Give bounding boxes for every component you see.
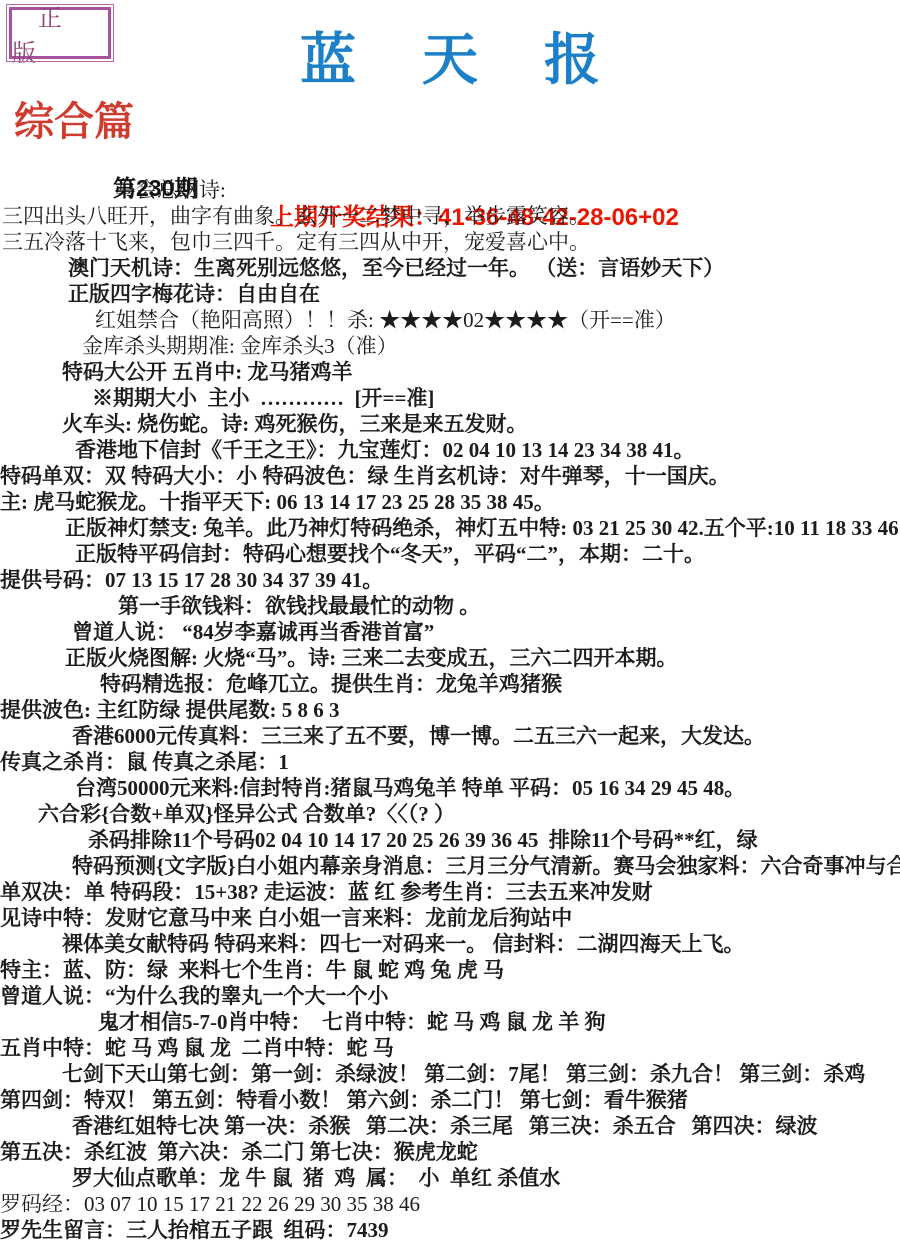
- text-line: 三五冷落十飞来，包巾三四千。定有三四从中开，宠爱喜心中。: [0, 229, 900, 255]
- text-line: 传真之杀肖：鼠 传真之杀尾：1: [0, 749, 900, 775]
- text-line: 见诗中特：发财它意马中来 白小姐一言来料：龙前龙后狗站中: [0, 905, 900, 931]
- text-line: 特码预测{文字版}白小姐内幕亲身消息：三月三分气清新。赛马会独家料：六合奇事冲与…: [0, 853, 900, 879]
- text-line: 七剑下天山第七剑：第一剑：杀绿波！ 第二剑：7尾！ 第三剑：杀九合！ 第三剑：杀…: [0, 1061, 900, 1087]
- text-line: 杀码排除11个号码02 04 10 14 17 20 25 26 39 36 4…: [0, 827, 900, 853]
- text-line: 提供波色: 主红防绿 提供尾数: 5 8 6 3: [0, 697, 900, 723]
- page-title: 蓝天报: [0, 16, 900, 96]
- text-line: 正版特平码信封：特码心想要找个“冬天”，平码“二”，本期：二十。: [0, 541, 900, 567]
- text-line: 五肖中特：蛇 马 鸡 鼠 龙 二肖中特：蛇 马: [0, 1035, 900, 1061]
- issue-row: 第230期 上期开奖结果：41-36-48-42-28-06+02: [0, 143, 900, 173]
- text-line: 正版火烧图解: 火烧“马”。诗: 三来二去变成五，三六二四开本期。: [0, 645, 900, 671]
- text-line: 台湾50000元来料:信封特肖:猪鼠马鸡兔羊 特单 平码：05 16 34 29…: [0, 775, 900, 801]
- text-line: 单双决：单 特码段：15+38? 走运波：蓝 红 参考生肖：三去五来冲发财: [0, 879, 900, 905]
- text-line: ※期期大小 主小 ………… [开==准]: [0, 385, 900, 411]
- text-line: 罗先生留言：三人抬棺五子跟 组码：7439: [0, 1217, 900, 1243]
- text-line: 马会总纲诗:: [0, 177, 900, 203]
- text-line: 香港地下信封《千王之王》：九宝莲灯：02 04 10 13 14 23 34 3…: [0, 437, 900, 463]
- text-line: 主: 虎马蛇猴龙。十指平天下: 06 13 14 17 23 25 28 35 …: [0, 489, 900, 515]
- text-line: 金库杀头期期准: 金库杀头3（准）: [0, 333, 900, 359]
- page: 正版 蓝天报 综合篇 第230期 上期开奖结果：41-36-48-42-28-0…: [0, 0, 900, 1243]
- text-line: 六合彩{合数+单双}怪异公式 合数单?〈〈（? ）: [0, 801, 900, 827]
- text-line: 曾道人说： “84岁李嘉诚再当香港首富”: [0, 619, 900, 645]
- text-line: 鬼才相信5-7-0肖中特： 七肖中特：蛇 马 鸡 鼠 龙 羊 狗: [0, 1009, 900, 1035]
- text-line: 特码大公开 五肖中: 龙马猪鸡羊: [0, 359, 900, 385]
- text-line: 特码单双：双 特码大小：小 特码波色：绿 生肖玄机诗：对牛弹琴，十一国庆。: [0, 463, 900, 489]
- text-line: 红姐禁合（艳阳高照）！！杀: ★★★★02★★★★（开==准）: [0, 307, 900, 333]
- text-line: 特码精选报：危峰兀立。提供生肖：龙兔羊鸡猪猴: [0, 671, 900, 697]
- text-line: 正版四字梅花诗：自由自在: [0, 281, 900, 307]
- text-line: 第四剑：特双！ 第五剑：特看小数！ 第六剑：杀二门！ 第七剑：看牛猴猪: [0, 1087, 900, 1113]
- text-line: 火车头: 烧伤蛇。诗: 鸡死猴伤，三来是来五发财。: [0, 411, 900, 437]
- text-line: 罗码经：03 07 10 15 17 21 22 26 29 30 35 38 …: [0, 1191, 900, 1217]
- section-title: 综合篇: [14, 90, 134, 147]
- text-line: 三四出头八旺开，曲字有曲象。玄外一二梦中寻，举步露笑容。: [0, 203, 900, 229]
- text-line: 正版神灯禁支: 兔羊。此乃神灯特码绝杀，神灯五中特: 03 21 25 30 4…: [0, 515, 900, 541]
- text-line: 香港红姐特七决 第一决：杀猴 第二决：杀三尾 第三决：杀五合 第四决：绿波: [0, 1113, 900, 1139]
- text-line: 澳门天机诗：生离死别远悠悠，至今已经过一年。 （送：言语妙天下）: [0, 255, 900, 281]
- text-line: 提供号码：07 13 15 17 28 30 34 37 39 41。: [0, 567, 900, 593]
- text-line: 香港6000元传真料：三三来了五不要，博一博。二五三六一起来，大发达。: [0, 723, 900, 749]
- text-line: 裸体美女献特码 特码来料：四七一对码来一。 信封料：二湖四海天上飞。: [0, 931, 900, 957]
- text-line: 第一手欲钱料：欲钱找最最忙的动物 。: [0, 593, 900, 619]
- content-lines: 马会总纲诗:三四出头八旺开，曲字有曲象。玄外一二梦中寻，举步露笑容。三五冷落十飞…: [0, 177, 900, 1243]
- text-line: 第五决：杀红波 第六决：杀二门 第七决：猴虎龙蛇: [0, 1139, 900, 1165]
- text-line: 特主：蓝、防：绿 来料七个生肖：牛 鼠 蛇 鸡 兔 虎 马: [0, 957, 900, 983]
- text-line: 曾道人说：“为什么我的睾丸一个大一个小: [0, 983, 900, 1009]
- text-line: 罗大仙点歌单：龙 牛 鼠 猪 鸡 属： 小 单红 杀值水: [0, 1165, 900, 1191]
